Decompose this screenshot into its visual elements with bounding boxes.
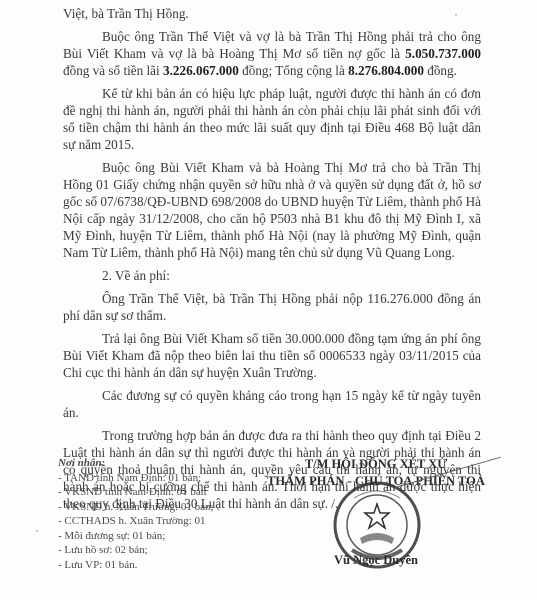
text-run: Các đương sự có quyền kháng cáo trong hạ…: [63, 388, 481, 420]
amount-value: 8.276.804.000: [348, 63, 424, 78]
text-run: đồng.: [424, 63, 457, 78]
text-run: Kể từ khi bản án có hiệu lực pháp luật, …: [63, 86, 481, 152]
recipient-item: - TAND tỉnh Nam Định: 01 bản;: [58, 471, 214, 486]
section-heading-court-fee: 2. Về án phí:: [63, 267, 481, 284]
paragraph-refund: Trả lại ông Bùi Viết Kham số tiền 30.000…: [63, 330, 481, 381]
recipient-item: - Mỗi đương sự: 01 bản;: [58, 529, 214, 544]
document-page: Việt, bà Trần Thị Hồng. Buộc ông Trần Th…: [0, 0, 537, 600]
recipients-title: Nơi nhận:: [58, 456, 214, 471]
text-run: 2. Về án phí:: [102, 268, 170, 283]
text-run: Buộc ông Bùi Viết Kham và bà Hoàng Thị M…: [63, 160, 481, 260]
recipient-item: - Lưu VP: 01 bản.: [58, 558, 214, 573]
recipient-item: - VKSND h. Xuân Trường: 01 bản;: [58, 500, 214, 515]
text-run: Ông Trần Thế Việt, bà Trần Thị Hồng phải…: [63, 291, 481, 323]
scan-speck: [455, 14, 457, 16]
paragraph-certificate-return: Buộc ông Bùi Viết Kham và bà Hoàng Thị M…: [63, 159, 481, 261]
amount-value: 3.226.067.000: [163, 63, 239, 78]
signer-name: Vũ Ngọc Duyên: [258, 553, 494, 568]
paragraph-debt-payment: Buộc ông Trần Thế Việt và vợ là bà Trần …: [63, 28, 481, 79]
scan-speck: [432, 234, 434, 236]
recipients-block: Nơi nhận: - TAND tỉnh Nam Định: 01 bản; …: [58, 456, 214, 572]
text-run: Trả lại ông Bùi Viết Kham số tiền 30.000…: [63, 331, 481, 380]
paragraph-appeal-right: Các đương sự có quyền kháng cáo trong hạ…: [63, 387, 481, 421]
paragraph-court-fee: Ông Trần Thế Việt, bà Trần Thị Hồng phải…: [63, 290, 481, 324]
recipient-item: - CCTHADS h. Xuân Trường: 01: [58, 514, 214, 529]
recipient-item: - Lưu hồ sơ: 02 bản;: [58, 543, 214, 558]
amount-value: 5.050.737.000: [405, 46, 481, 61]
judgment-body: Việt, bà Trần Thị Hồng. Buộc ông Trần Th…: [63, 5, 481, 512]
paragraph-continuation: Việt, bà Trần Thị Hồng.: [63, 5, 481, 22]
signature-title-line1: T/M HỘI ĐỒNG XÉT XỬ: [258, 456, 494, 473]
recipient-item: - VKSND tỉnh Nam Định: 01 bản: [58, 485, 214, 500]
text-run: đồng; Tổng cộng là: [239, 63, 348, 78]
text-run: Việt, bà Trần Thị Hồng.: [63, 6, 189, 21]
scan-speck: [36, 530, 38, 532]
text-run: đồng và số tiền lãi: [63, 63, 163, 78]
paragraph-late-interest: Kể từ khi bản án có hiệu lực pháp luật, …: [63, 85, 481, 153]
